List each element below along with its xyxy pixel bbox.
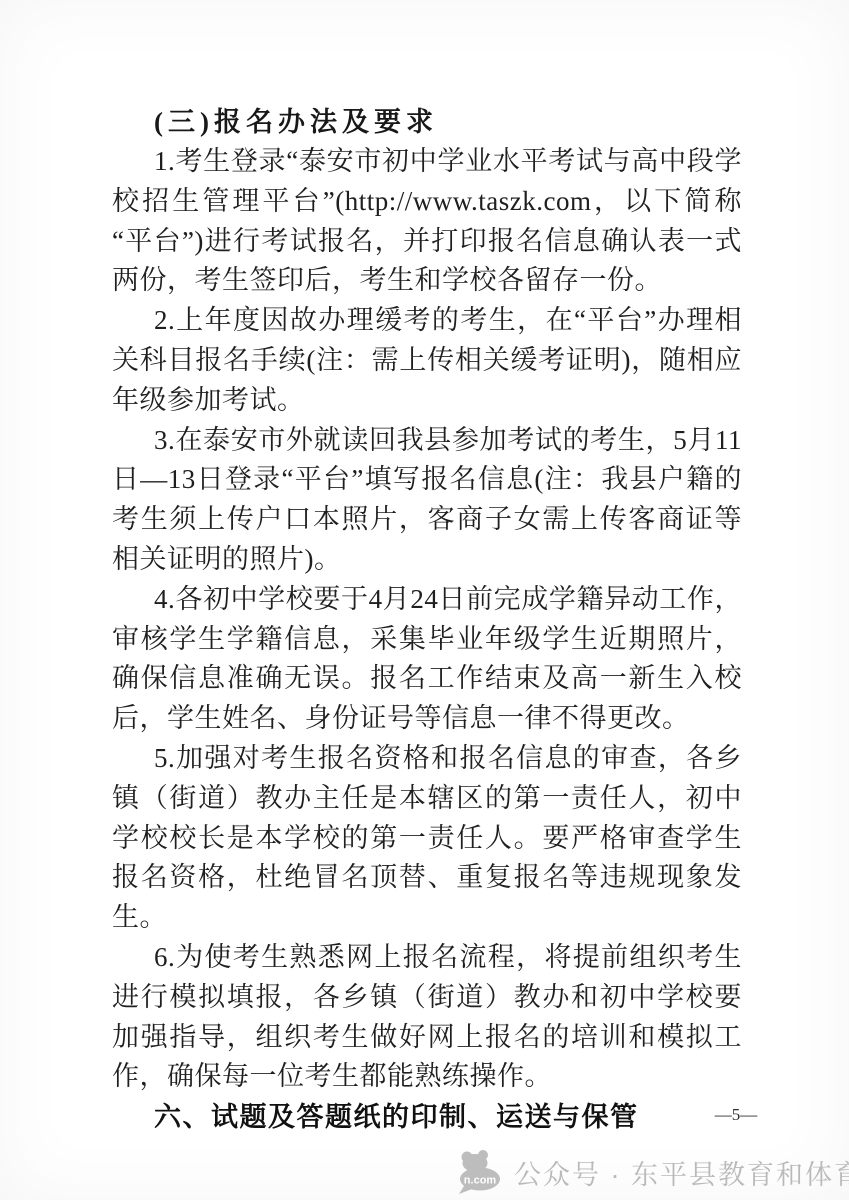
footer-watermark: n.com 公众号 · 东平县教育和体育局 xyxy=(452,1148,849,1196)
chapter-heading: 六、试题及答题纸的印制、运送与保管 xyxy=(112,1097,742,1137)
paragraph-school-roster: 4.各初中学校要于4月24日前完成学籍异动工作，审核学生学籍信息，采集毕业年级学… xyxy=(112,580,742,739)
watermark-text: 公众号 · 东平县教育和体育局 xyxy=(514,1153,849,1192)
section-heading: (三)报名办法及要求 xyxy=(112,102,742,142)
paragraph-deferred-exam: 2.上年度因故办理缓考的考生，在“平台”办理相关科目报名手续(注：需上传相关缓考… xyxy=(112,301,742,420)
document-body: (三)报名办法及要求 1.考生登录“泰安市初中学业水平考试与高中段学校招生管理平… xyxy=(112,102,742,1137)
paragraph-returning-students: 3.在泰安市外就读回我县参加考试的考生，5月11日—13日登录“平台”填写报名信… xyxy=(112,421,742,580)
paragraph-mock-registration: 6.为使考生熟悉网上报名流程，将提前组织考生进行模拟填报，各乡镇（街道）教办和初… xyxy=(112,938,742,1097)
watermark-logo-text: n.com xyxy=(464,1175,497,1187)
paragraph-qualification-review: 5.加强对考生报名资格和报名信息的审查，各乡镇（街道）教办主任是本辖区的第一责任… xyxy=(112,739,742,938)
paragraph-registration-login: 1.考生登录“泰安市初中学业水平考试与高中段学校招生管理平台”(http://w… xyxy=(112,142,742,301)
document-page: (三)报名办法及要求 1.考生登录“泰安市初中学业水平考试与高中段学校招生管理平… xyxy=(0,0,849,1200)
page-number: —5— xyxy=(706,1105,766,1125)
watermark-logo-icon: n.com xyxy=(452,1148,506,1196)
